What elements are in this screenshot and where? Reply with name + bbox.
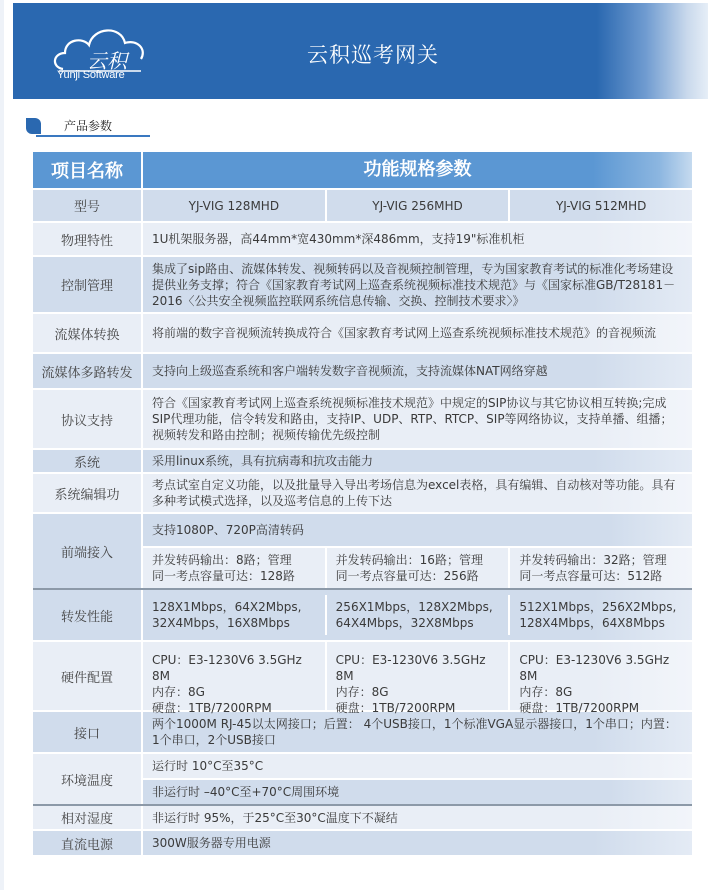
frontend-256: 并发转码输出：16路；管理 同一考点容量可达：256路 (327, 548, 511, 588)
frontend-128: 并发转码输出：8路；管理 同一考点容量可达：128路 (143, 548, 327, 588)
table-row-control: 控制管理 集成了sip路由、流媒体转发、视频转码以及音视频控制管理，专为国家教育… (33, 257, 692, 314)
table-row-forwarding: 转发性能 128X1Mbps，64X2Mbps, 32X4Mbps，16X8Mb… (33, 590, 692, 642)
row-value: 将前端的数字音视频流转换成符合《国家教育考试网上巡查系统视频标准技术规范》的音视… (143, 314, 692, 352)
model-512: YJ-VIG 512MHD (510, 190, 692, 221)
table-row-frontend: 前端接入 支持1080P、720P高清转码 并发转码输出：8路；管理 同一考点容… (33, 514, 692, 590)
forwarding-128: 128X1Mbps，64X2Mbps, 32X4Mbps，16X8Mbps (143, 595, 327, 635)
row-value: 考点试室自定义功能，以及批量导入导出考场信息为excel表格，具有编辑、自动核对… (143, 474, 692, 512)
page-edge (0, 0, 4, 890)
section-marker-icon (26, 118, 41, 134)
table-row-physical: 物理特性 1U机架服务器，高44mm*宽430mm*深486mm，支持19"标准… (33, 223, 692, 257)
header-spec: 功能规格参数 (143, 152, 692, 188)
table-header: 项目名称 功能规格参数 (33, 152, 692, 190)
table-row-temperature: 环境温度 运行时 10°C至35°C 非运行时 –40°C至+70°C周围环境 (33, 754, 692, 806)
header-banner: 云积 Yunji Software 云积巡考网关 (13, 3, 708, 99)
header-item-name: 项目名称 (33, 152, 143, 188)
hardware-512: CPU：E3-1230V6 3.5GHz 8M 内存：8G 硬盘：1TB/720… (510, 642, 692, 710)
row-label: 直流电源 (33, 831, 143, 855)
row-label: 物理特性 (33, 223, 143, 255)
table-row-editing: 系统编辑功 考点试室自定义功能，以及批量导入导出考场信息为excel表格，具有编… (33, 474, 692, 514)
table-row-stream-forward: 流媒体多路转发 支持向上级巡查系统和客户端转发数字音视频流，支持流媒体NAT网络… (33, 354, 692, 390)
section-underline (36, 135, 150, 137)
row-label: 环境温度 (33, 754, 143, 804)
row-value: 非运行时 95%，于25°C至30°C温度下不凝结 (143, 806, 692, 829)
frontend-512: 并发转码输出：32路；管理 同一考点容量可达：512路 (510, 548, 692, 588)
table-row-model: 型号 YJ-VIG 128MHD YJ-VIG 256MHD YJ-VIG 51… (33, 190, 692, 223)
table-row-protocol: 协议支持 符合《国家教育考试网上巡查系统视频标准技术规范》中规定的SIP协议与其… (33, 390, 692, 450)
row-label: 前端接入 (33, 514, 143, 588)
hardware-256: CPU：E3-1230V6 3.5GHz 8M 内存：8G 硬盘：1TB/720… (327, 642, 511, 710)
section-title: 产品参数 (64, 117, 112, 134)
row-label: 协议支持 (33, 390, 143, 448)
table-row-stream-convert: 流媒体转换 将前端的数字音视频流转换成符合《国家教育考试网上巡查系统视频标准技术… (33, 314, 692, 354)
row-value: 符合《国家教育考试网上巡查系统视频标准技术规范》中规定的SIP协议与其它协议相互… (143, 390, 692, 448)
table-row-hardware: 硬件配置 CPU：E3-1230V6 3.5GHz 8M 内存：8G 硬盘：1T… (33, 642, 692, 712)
row-label: 流媒体多路转发 (33, 354, 143, 388)
row-label: 接口 (33, 712, 143, 752)
row-label: 控制管理 (33, 257, 143, 312)
row-value: 支持向上级巡查系统和客户端转发数字音视频流，支持流媒体NAT网络穿越 (143, 354, 692, 388)
table-row-humidity: 相对湿度 非运行时 95%，于25°C至30°C温度下不凝结 (33, 806, 692, 831)
row-value: 两个1000M RJ-45以太网接口；后置： 4个USB接口，1个标准VGA显示… (143, 712, 692, 752)
row-label: 转发性能 (33, 590, 143, 640)
forwarding-256: 256X1Mbps，128X2Mbps, 64X4Mbps，32X8Mbps (327, 595, 511, 635)
model-256: YJ-VIG 256MHD (327, 190, 511, 221)
frontend-common: 支持1080P、720P高清转码 (143, 514, 692, 548)
forwarding-512: 512X1Mbps，256X2Mbps, 128X4Mbps，64X8Mbps (510, 595, 692, 635)
page-title: 云积巡考网关 (307, 39, 439, 69)
hardware-128: CPU：E3-1230V6 3.5GHz 8M 内存：8G 硬盘：1TB/720… (143, 642, 327, 710)
row-label: 硬件配置 (33, 642, 143, 710)
table-row-interface: 接口 两个1000M RJ-45以太网接口；后置： 4个USB接口，1个标准VG… (33, 712, 692, 754)
logo-text: Yunji Software (57, 69, 125, 81)
table-row-system: 系统 采用linux系统，具有抗病毒和抗攻击能力 (33, 450, 692, 474)
row-value: 采用linux系统，具有抗病毒和抗攻击能力 (143, 450, 692, 472)
row-label: 系统 (33, 450, 143, 472)
row-label: 相对湿度 (33, 806, 143, 829)
row-label: 流媒体转换 (33, 314, 143, 352)
temperature-non-operating: 非运行时 –40°C至+70°C周围环境 (143, 780, 692, 804)
section-header: 产品参数 (26, 115, 150, 137)
row-value: 集成了sip路由、流媒体转发、视频转码以及音视频控制管理，专为国家教育考试的标准… (143, 257, 692, 312)
row-label: 系统编辑功 (33, 474, 143, 512)
row-label: 型号 (33, 190, 143, 221)
temperature-operating: 运行时 10°C至35°C (143, 754, 692, 780)
table-row-power: 直流电源 300W服务器专用电源 (33, 831, 692, 857)
row-value: 300W服务器专用电源 (143, 831, 692, 855)
spec-table: 项目名称 功能规格参数 型号 YJ-VIG 128MHD YJ-VIG 256M… (33, 152, 692, 857)
model-128: YJ-VIG 128MHD (143, 190, 327, 221)
row-value: 1U机架服务器，高44mm*宽430mm*深486mm，支持19"标准机柜 (143, 223, 692, 255)
